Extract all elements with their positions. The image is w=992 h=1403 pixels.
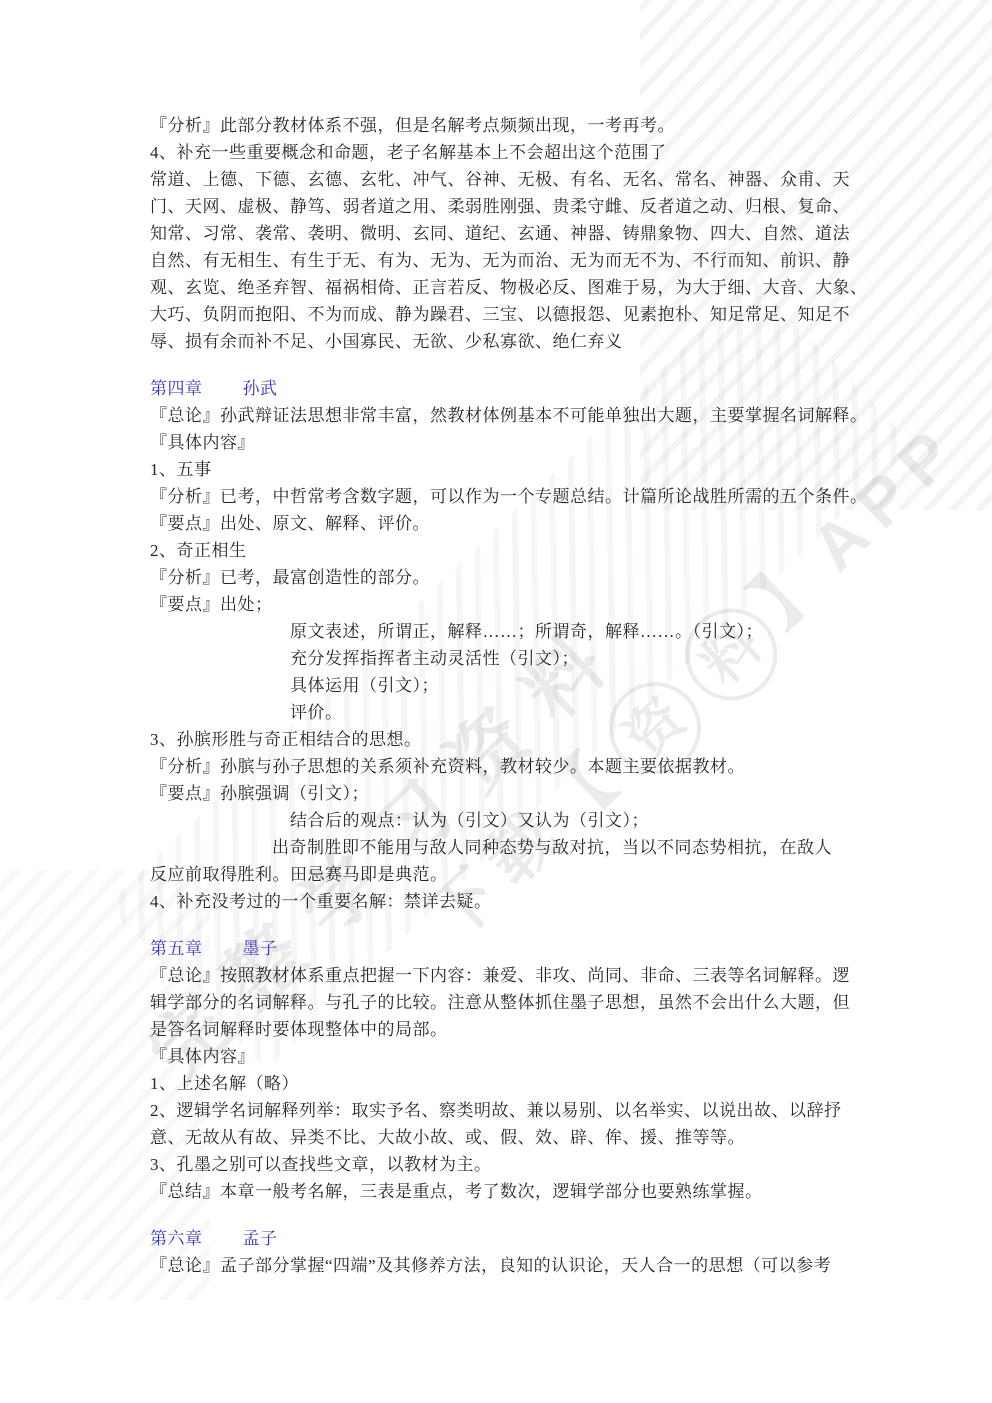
text-line: 3、孙膑形胜与奇正相结合的思想。	[150, 726, 866, 753]
text-line: 反应前取得胜利。田忌赛马即是典范。	[150, 861, 866, 888]
text-line: 2、奇正相生	[150, 537, 866, 564]
text-line: 『总论』按照教材体系重点把握一下内容：兼爱、非攻、尚同、非命、三表等名词解释。逻	[150, 962, 866, 989]
chapter-title: 墨子	[243, 939, 278, 958]
document-content: 『分析』此部分教材体系不强，但是名解考点频频出现，一考再考。 4、补充一些重要概…	[150, 112, 866, 1279]
chapter-number: 第五章	[150, 939, 203, 958]
chapter-heading-5: 第五章墨子	[150, 935, 866, 962]
text-line-indented: 原文表述，所谓正，解释……；所谓奇，解释……。（引文）；	[290, 618, 866, 645]
text-line: 常道、上德、下德、玄德、玄牝、冲气、谷神、无极、有名、无名、常名、神器、众甫、天	[150, 166, 866, 193]
text-line: 『要点』出处、原文、解释、评价。	[150, 510, 866, 537]
text-line: 观、玄览、绝圣弃智、福祸相倚、正言若反、物极必反、图难于易，为大于细、大音、大象…	[150, 274, 866, 301]
text-line-indented: 结合后的观点：认为（引文）又认为（引文）；	[290, 807, 866, 834]
text-line-indented: 出奇制胜即不能用与敌人同种态势与敌对抗，当以不同态势相抗，在敌人	[272, 834, 866, 861]
text-line: 4、补充一些重要概念和命题，老子名解基本上不会超出这个范围了	[150, 139, 866, 166]
text-line: 大巧、负阴而抱阳、不为而成、静为躁君、三宝、以德报怨、见素抱朴、知足常足、知足不	[150, 301, 866, 328]
text-line-indented: 评价。	[290, 699, 866, 726]
text-line: 辑学部分的名词解释。与孔子的比较。注意从整体抓住墨子思想，虽然不会出什么大题，但	[150, 989, 866, 1016]
chapter-title: 孙武	[243, 379, 278, 398]
text-line: 『具体内容』	[150, 429, 866, 456]
text-line: 『分析』此部分教材体系不强，但是名解考点频频出现，一考再考。	[150, 112, 866, 139]
text-line: 4、补充没考过的一个重要名解：禁详去疑。	[150, 888, 866, 915]
chapter-number: 第四章	[150, 379, 203, 398]
chapter-title: 孟子	[243, 1229, 278, 1248]
text-line: 『总结』本章一般考名解，三表是重点，考了数次，逻辑学部分也要熟练掌握。	[150, 1178, 866, 1205]
text-line: 2、逻辑学名词解释列举：取实予名、察类明故、兼以易别、以名举实、以说出故、以辞抒	[150, 1097, 866, 1124]
text-line: 『要点』出处；	[150, 591, 866, 618]
text-line: 知常、习常、袭常、袭明、微明、玄同、道纪、玄通、神器、铸鼎象物、四大、自然、道法	[150, 220, 866, 247]
text-line: 『要点』孙膑强调（引文）；	[150, 780, 866, 807]
text-line: 是答名词解释时要体现整体中的局部。	[150, 1016, 866, 1043]
text-line: 辱、损有余而补不足、小国寡民、无欲、少私寡欲、绝仁弃义	[150, 328, 866, 355]
text-line: 1、五事	[150, 456, 866, 483]
chapter-number: 第六章	[150, 1229, 203, 1248]
text-line: 1、上述名解（略）	[150, 1070, 866, 1097]
text-line: 自然、有无相生、有生于无、有为、无为、无为而治、无为而无不为、不行而知、前识、静	[150, 247, 866, 274]
text-line: 『总论』孟子部分掌握“四端”及其修养方法，良知的认识论，天人合一的思想（可以参考	[150, 1252, 866, 1279]
text-line: 『具体内容』	[150, 1043, 866, 1070]
text-line: 『总论』孙武辩证法思想非常丰富，然教材体例基本不可能单独出大题，主要掌握名词解释…	[150, 402, 866, 429]
text-line: 『分析』孙膑与孙子思想的关系须补充资料，教材较少。本题主要依据教材。	[150, 753, 866, 780]
text-line-indented: 具体运用（引文）；	[290, 672, 866, 699]
document-page: 完整学习资料 下载【资料】APP 『分析』此部分教材体系不强，但是名解考点频频出…	[0, 0, 992, 1403]
text-line-indented: 充分发挥指挥者主动灵活性（引文）；	[290, 645, 866, 672]
text-line: 『分析』已考，中哲常考含数字题，可以作为一个专题总结。计篇所论战胜所需的五个条件…	[150, 483, 866, 510]
chapter-heading-6: 第六章孟子	[150, 1225, 866, 1252]
chapter-heading-4: 第四章孙武	[150, 375, 866, 402]
text-line: 门、天网、虚极、静笃、弱者道之用、柔弱胜刚强、贵柔守雌、反者道之动、归根、复命、	[150, 193, 866, 220]
text-line: 『分析』已考，最富创造性的部分。	[150, 564, 866, 591]
text-line: 3、孔墨之别可以查找些文章，以教材为主。	[150, 1151, 866, 1178]
text-line: 意、无故从有故、异类不比、大故小故、或、假、效、辟、侔、援、推等等。	[150, 1124, 866, 1151]
